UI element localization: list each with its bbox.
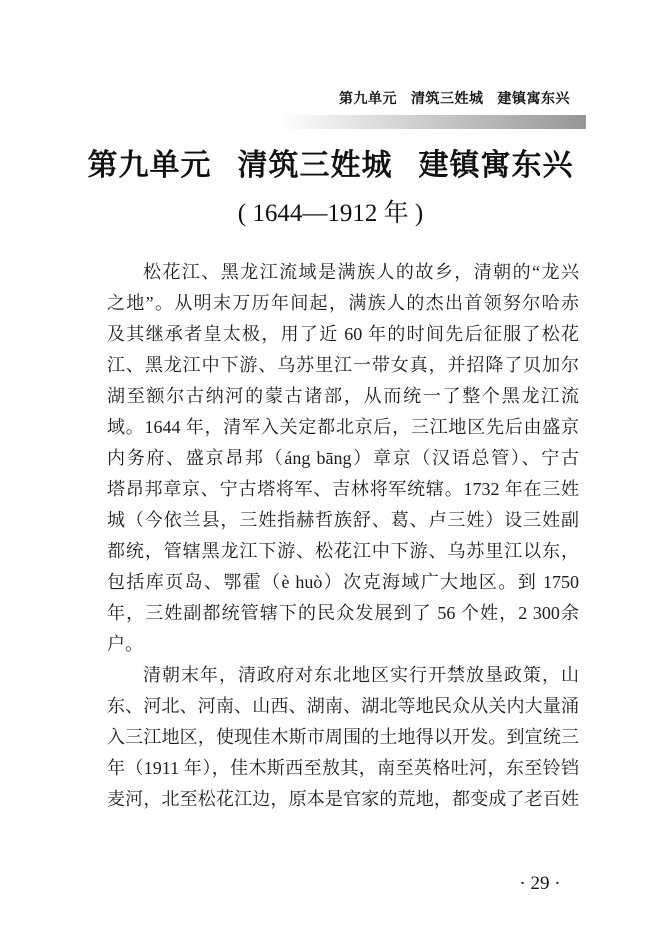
text-line: 都统，管辖黑龙江下游、松花江中下游、乌苏里江以东， [107, 536, 579, 567]
text-line: 年（1911 年），佳木斯西至敖其，南至英格吐河，东至铃铛 [107, 753, 579, 784]
chapter-title-topic-1: 清筑三姓城 [238, 148, 393, 183]
text-line: 湖至额尔古纳河的蒙古诸部，从而统一了整个黑龙江流 [107, 381, 579, 412]
text-line: 麦河，北至松花江边，原本是官家的荒地，都变成了老百姓 [107, 784, 579, 815]
page-number: · 29 · [500, 873, 580, 895]
text-line: 年，三姓副都统管辖下的民众发展到了 56 个姓，2 300余 [107, 598, 579, 629]
running-header-unit: 第九单元 [339, 91, 397, 107]
chapter-title-topic-2: 建镇寓东兴 [419, 148, 574, 183]
text-line: 域。1644 年，清军入关定都北京后，三江地区先后由盛京 [107, 412, 579, 443]
chapter-title-unit: 第九单元 [88, 148, 212, 183]
text-line: 户。 [107, 629, 579, 660]
running-header: 第九单元清筑三姓城建镇寓东兴 [300, 88, 570, 108]
paragraph-2: 清朝末年，清政府对东北地区实行开禁放垦政策，山 东、河北、河南、山西、湖南、湖北… [107, 660, 579, 815]
text-line: 之地”。从明末万历年间起，满族人的杰出首领努尔哈赤 [107, 288, 579, 319]
text-line: 东、河北、河南、山西、湖南、湖北等地民众从关内大量涌 [107, 691, 579, 722]
text-line: 江、黑龙江中下游、乌苏里江一带女真，并招降了贝加尔 [107, 350, 579, 381]
header-gradient-bar [280, 115, 586, 129]
text-line: 及其继承者皇太极，用了近 60 年的时间先后征服了松花 [107, 319, 579, 350]
paragraph-1: 松花江、黑龙江流域是满族人的故乡，清朝的“龙兴 之地”。从明末万历年间起，满族人… [107, 257, 579, 660]
text-line: 松花江、黑龙江流域是满族人的故乡，清朝的“龙兴 [107, 257, 579, 288]
text-line: 清朝末年，清政府对东北地区实行开禁放垦政策，山 [107, 660, 579, 691]
text-line: 塔昂邦章京、宁古塔将军、吉林将军统辖。1732 年在三姓 [107, 474, 579, 505]
text-line: 城（今依兰县，三姓指赫哲族舒、葛、卢三姓）设三姓副 [107, 505, 579, 536]
text-line: 内务府、盛京昂邦（áng bāng）章京（汉语总管）、宁古 [107, 443, 579, 474]
chapter-subtitle-years: ( 1644—1912 年 ) [0, 193, 661, 229]
running-header-topic-1: 清筑三姓城 [411, 91, 484, 107]
text-line: 入三江地区，使现佳木斯市周围的土地得以开发。到宣统三 [107, 722, 579, 753]
chapter-title: 第九单元清筑三姓城建镇寓东兴 [0, 140, 661, 184]
body-text: 松花江、黑龙江流域是满族人的故乡，清朝的“龙兴 之地”。从明末万历年间起，满族人… [107, 257, 579, 815]
text-line: 包括库页岛、鄂霍（è huò）次克海域广大地区。到 1750 [107, 567, 579, 598]
running-header-topic-2: 建镇寓东兴 [498, 91, 571, 107]
